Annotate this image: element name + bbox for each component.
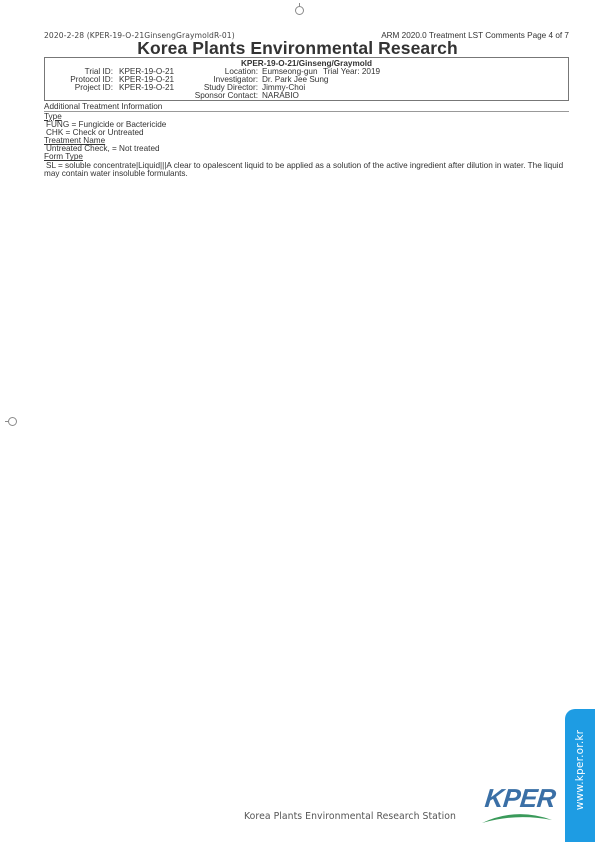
punch-hole-mark-left <box>8 417 17 426</box>
treatment-info: Type FUNG = Fungicide or Bactericide CHK… <box>44 113 574 178</box>
sponsor-contact-value: NARABIO <box>262 91 299 100</box>
page-title: Korea Plants Environmental Research <box>0 38 595 59</box>
trial-info-box: KPER-19-O-21/Ginseng/Graymold Trial ID: … <box>44 57 569 101</box>
section-title: Additional Treatment Information <box>44 102 162 111</box>
website-link[interactable]: www.kper.or.kr <box>574 729 586 809</box>
website-side-tab[interactable]: www.kper.or.kr <box>565 709 595 842</box>
footer-station-name: Korea Plants Environmental Research Stat… <box>244 811 456 822</box>
form-type-description-continued: may contain water insoluble formulants. <box>44 170 574 178</box>
punch-hole-mark-top <box>295 6 304 15</box>
type-item: CHK = Check or Untreated <box>44 129 574 137</box>
project-id-label: Project ID: <box>75 83 113 92</box>
treatment-name-item: Untreated Check, = Not treated <box>44 145 574 153</box>
logo-wordmark: KPER <box>483 783 557 814</box>
trial-year: Trial Year: 2019 <box>323 67 380 76</box>
project-id-value: KPER-19-O-21 <box>119 83 174 92</box>
kper-logo: KPER <box>480 783 554 827</box>
sponsor-contact-label: Sponsor Contact: <box>195 91 258 100</box>
logo-arc-icon <box>480 811 554 825</box>
section-divider <box>44 111 569 112</box>
